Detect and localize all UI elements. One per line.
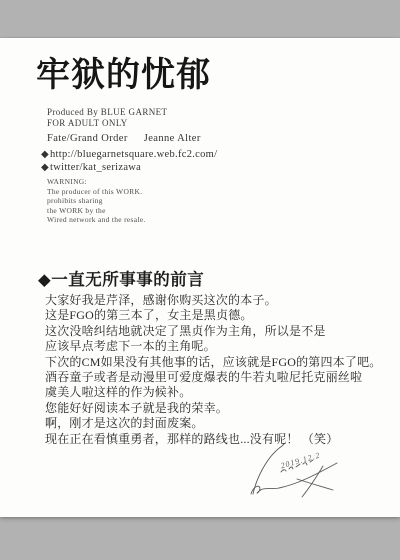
foreword-line: 应该早点考虑下一本的主角呢。 — [45, 339, 381, 354]
scan-background: 牢狱的忧郁 Produced By BLUE GARNET FOR ADULT … — [0, 0, 400, 560]
foreword-line: 下次的CM如果没有其他事的话，应该就是FGO的第四本了吧。 — [45, 355, 381, 370]
foreword-line: 酒吞童子或者是动漫里可爱度爆表的牛若丸啦尼托克丽丝啦 — [45, 370, 381, 385]
twitter-link-line: ◆twitter/kat_serizawa — [41, 162, 141, 173]
page-title: 牢狱的忧郁 — [36, 57, 211, 94]
warning-line: the WORK by the — [47, 206, 146, 216]
website-url: http://bluegarnetsquare.web.fc2.com/ — [50, 149, 217, 160]
warning-line: prohibits sharing — [47, 196, 146, 206]
foreword-line: 这次没啥纠结地就决定了黑贞作为主角，所以是不是 — [45, 324, 381, 339]
series-line: Fate/Grand OrderJeanne Alter — [47, 133, 201, 144]
foreword-paragraph: 大家好我是芹泽，感谢你购买这次的本子。 这是FGO的第三本了，女主是黑贞德。 这… — [45, 293, 381, 447]
diamond-bullet-icon: ◆ — [41, 162, 49, 173]
foreword-line: 虞美人啦这样的作为候补。 — [45, 385, 381, 400]
signature-scribble-icon — [243, 442, 355, 510]
signature: 2019.12.2 — [243, 442, 355, 510]
character-name: Jeanne Alter — [144, 133, 201, 144]
foreword-heading: ◆一直无所事事的前言 — [38, 266, 204, 290]
screenshot-root: { "page": { "title": "牢狱的忧郁", "producer_… — [0, 0, 400, 560]
twitter-handle: twitter/kat_serizawa — [50, 162, 141, 173]
warning-line: The producer of this WORK. — [47, 187, 146, 197]
website-link-line: ◆http://bluegarnetsquare.web.fc2.com/ — [41, 149, 217, 160]
doujin-colophon-page: 牢狱的忧郁 Produced By BLUE GARNET FOR ADULT … — [0, 38, 400, 517]
producer-credit: Produced By BLUE GARNET FOR ADULT ONLY — [47, 107, 167, 128]
foreword-line: 您能好好阅读本子就是我的荣幸。 — [45, 401, 381, 416]
warning-line: Wired network and the resale. — [47, 215, 146, 225]
warning-line: WARNING: — [47, 177, 146, 187]
diamond-bullet-icon: ◆ — [41, 149, 49, 160]
foreword-line: 这是FGO的第三本了，女主是黑贞德。 — [45, 308, 381, 323]
producer-credit-line-1: Produced By BLUE GARNET — [47, 107, 167, 118]
foreword-line: 啊，刚才是这次的封面废案。 — [45, 416, 381, 431]
foreword-line: 大家好我是芹泽，感谢你购买这次的本子。 — [45, 293, 381, 308]
producer-credit-line-2: FOR ADULT ONLY — [47, 118, 167, 129]
warning-notice: WARNING: The producer of this WORK. proh… — [47, 177, 146, 225]
series-title: Fate/Grand Order — [47, 133, 128, 144]
